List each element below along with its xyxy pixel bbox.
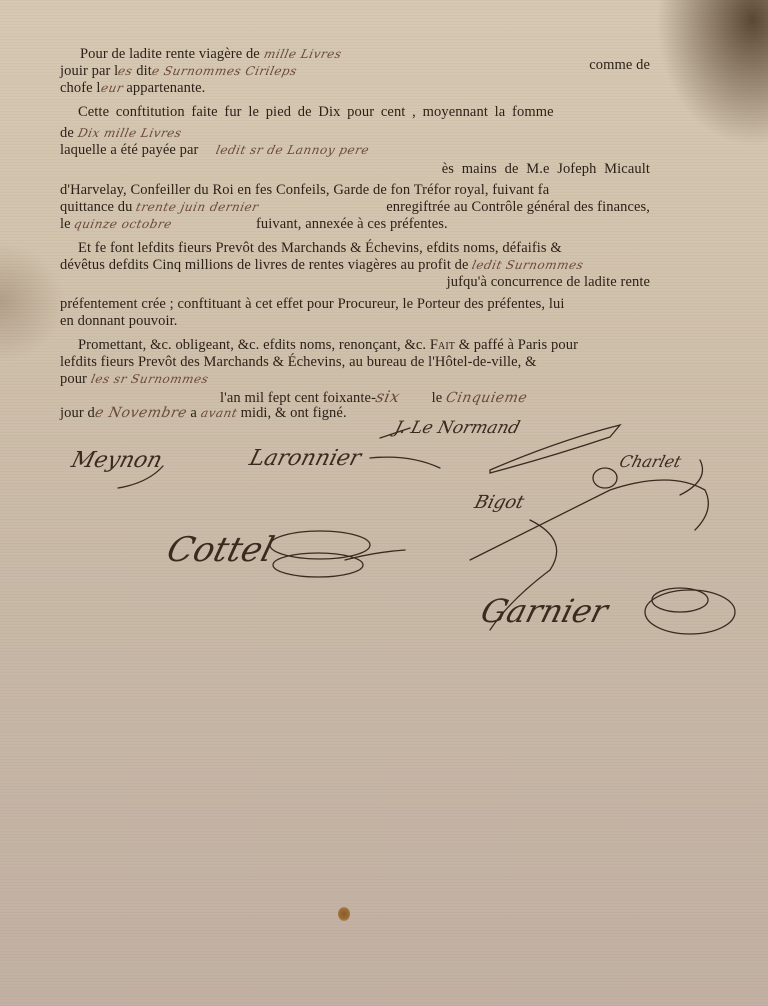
ink-stain [338, 907, 350, 921]
signature-flourishes [0, 0, 768, 700]
document-page: Pour de ladite rente viagère de mille Li… [0, 0, 768, 1006]
